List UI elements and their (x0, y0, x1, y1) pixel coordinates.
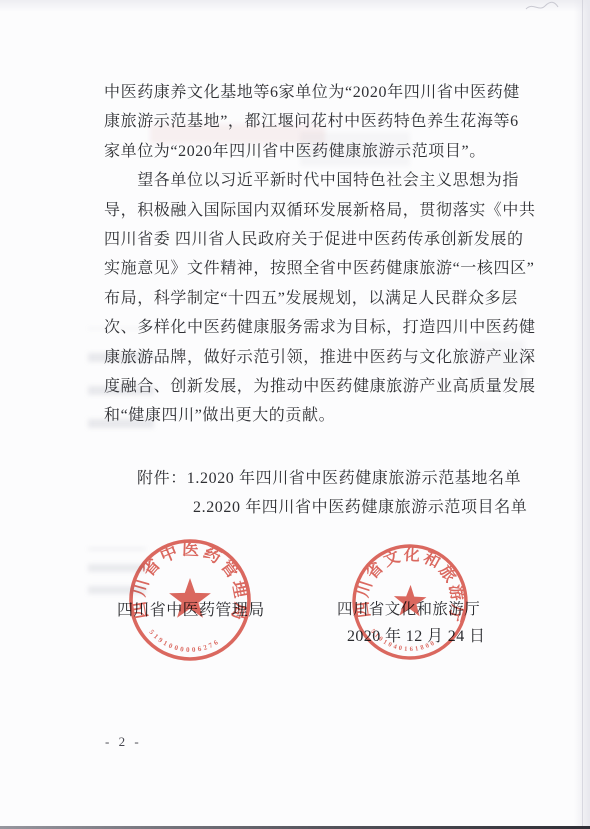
body-line: 康旅游示范基地”，都江堰问花村中医药特色养生花海等6 (104, 107, 524, 136)
page-number: - 2 - (105, 734, 142, 750)
body-line: 布局，科学制定“十四五”发展规划，以满足人民群众多层 (104, 284, 524, 313)
body-line: 和“健康四川”做出更大的贡献。 (104, 401, 524, 430)
seal-ring-text: 四川省文化和旅游厅 (353, 543, 470, 626)
body-line: 度融合、创新发展，为推动中医药健康旅游产业高质量发展 (104, 372, 524, 401)
paper-crease (582, 0, 583, 829)
official-seal-culture-tourism: 四川省文化和旅游厅 5101040161800 (348, 540, 472, 664)
body-line: 中医药康养文化基地等6家单位为“2020年四川省中医药健 (104, 78, 524, 107)
body-line: 康旅游品牌，做好示范引领，推进中医药与文化旅游产业深 (104, 343, 524, 372)
body-line: 望各单位以习近平新时代中国特色社会主义思想为指 (104, 166, 524, 195)
body-line: 家单位为“2020年四川省中医药健康旅游示范项目”。 (104, 137, 524, 166)
body-line: 四川省委 四川省人民政府关于促进中医药传承创新发展的 (104, 225, 524, 254)
star-icon (393, 584, 427, 616)
scanned-document-page: 中医药康养文化基地等6家单位为“2020年四川省中医药健 康旅游示范基地”，都江… (0, 0, 590, 829)
body-line: 导，积极融入国际国内双循环发展新格局，贯彻落实《中共 (104, 196, 524, 225)
body-line: 实施意见》文件精神，按照全省中医药健康旅游“一核四区” (104, 254, 524, 283)
attachment-item-2: 2.2020 年四川省中医药健康旅游示范项目名单 (104, 493, 534, 522)
official-seal-tcm-admin: 四川省中医药管理局 5191000006276 (125, 535, 255, 665)
body-line: 次、多样化中医药健康服务需求为目标，打造四川中医药健 (104, 313, 524, 342)
scan-hair-mark (525, 0, 559, 14)
paper-edge-top (0, 0, 590, 12)
document-body: 中医药康养文化基地等6家单位为“2020年四川省中医药健 康旅游示范基地”，都江… (104, 78, 524, 431)
attachments-list: 附件：1.2020 年四川省中医药健康旅游示范基地名单 2.2020 年四川省中… (104, 464, 534, 523)
attachment-item-1: 附件：1.2020 年四川省中医药健康旅游示范基地名单 (104, 464, 534, 493)
star-icon (169, 578, 211, 618)
